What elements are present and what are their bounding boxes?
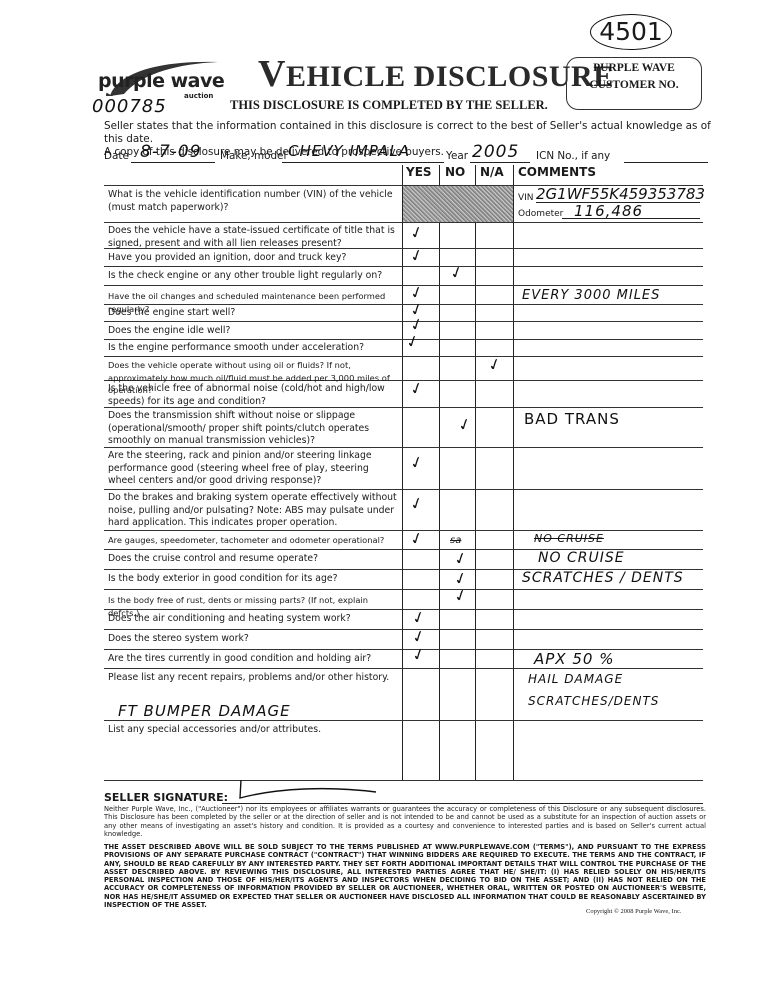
row-divider bbox=[104, 589, 703, 590]
col-yes: YES bbox=[406, 165, 432, 185]
row-divider bbox=[104, 629, 703, 630]
checkmark-title-yes[interactable]: ✓ bbox=[407, 221, 426, 243]
year-value: 2005 bbox=[472, 142, 519, 162]
vehicle-info-fields: Date 8-7-09 Make, model CHEVY IMPALA Yea… bbox=[104, 146, 708, 166]
odometer-value: 116,486 bbox=[574, 202, 643, 220]
col-no: NO bbox=[445, 165, 465, 185]
odometer-label: Odometer bbox=[518, 209, 563, 219]
icn-label: ICN No., if any bbox=[536, 150, 610, 162]
date-field[interactable] bbox=[131, 162, 215, 163]
copyright: Copyright © 2008 Purple Wave, Inc. bbox=[586, 908, 681, 915]
col-divider bbox=[439, 165, 440, 780]
row-divider bbox=[104, 266, 703, 267]
question-noise: Is the vehicle free of abnormal noise (c… bbox=[108, 383, 398, 408]
question-steering: Are the steering, rack and pinion and/or… bbox=[108, 450, 398, 488]
seller-signature-label: SELLER SIGNATURE: bbox=[104, 791, 228, 804]
question-brakes: Do the brakes and braking system operate… bbox=[108, 492, 398, 530]
comment-tires: APX 50 % bbox=[534, 650, 614, 668]
comment-cruise: NO CRUISE bbox=[538, 550, 625, 566]
make-model-label: Make, model bbox=[220, 150, 286, 162]
checkmark-tires-yes[interactable]: ✓ bbox=[409, 643, 428, 665]
checkmark-steering-yes[interactable]: ✓ bbox=[407, 451, 426, 473]
question-repairs: Please list any recent repairs, problems… bbox=[108, 672, 398, 685]
checkmark-accel-yes[interactable]: ✓ bbox=[403, 330, 422, 352]
question-body-exterior: Is the body exterior in good condition f… bbox=[108, 573, 398, 586]
checkmark-rust-no[interactable]: ✓ bbox=[451, 584, 470, 606]
seller-signature-field[interactable] bbox=[222, 803, 703, 804]
row-divider bbox=[104, 321, 703, 322]
disclaimer-paragraph: Neither Purple Wave, Inc., ("Auctioneer"… bbox=[104, 805, 706, 838]
page-title: VEHICLE DISCLOSURE bbox=[258, 52, 614, 96]
question-engine-idle: Does the engine idle well? bbox=[108, 325, 398, 338]
comment-body: SCRATCHES / DENTS bbox=[522, 570, 684, 586]
icn-field[interactable] bbox=[624, 162, 708, 163]
row-divider bbox=[104, 285, 703, 286]
col-comments: COMMENTS bbox=[518, 165, 596, 185]
question-vin: What is the vehicle identification numbe… bbox=[108, 189, 398, 214]
question-keys: Have you provided an ignition, door and … bbox=[108, 252, 398, 265]
col-na: N/A bbox=[480, 165, 504, 185]
col-divider bbox=[402, 165, 403, 780]
row-divider bbox=[104, 489, 703, 490]
make-model-field[interactable] bbox=[282, 162, 444, 163]
question-tires: Are the tires currently in good conditio… bbox=[108, 653, 398, 666]
question-engine-start: Does the engine start well? bbox=[108, 307, 398, 320]
question-acceleration: Is the engine performance smooth under a… bbox=[108, 342, 398, 355]
comment-gauges-crossed: NO CRUISE bbox=[534, 532, 604, 545]
customer-number-value: 4501 bbox=[590, 14, 672, 50]
year-label: Year bbox=[446, 150, 468, 162]
comment-transmission: BAD TRANS bbox=[524, 410, 620, 428]
checkmark-transmission-no[interactable]: ✓ bbox=[455, 413, 474, 435]
checkmark-cruise-no[interactable]: ✓ bbox=[451, 547, 470, 569]
question-check-engine: Is the check engine or any other trouble… bbox=[108, 270, 398, 283]
question-stereo: Does the stereo system work? bbox=[108, 633, 398, 646]
repairs-handwritten: FT BUMPER DAMAGE bbox=[118, 702, 291, 720]
terms-paragraph: THE ASSET DESCRIBED ABOVE WILL BE SOLD S… bbox=[104, 843, 706, 909]
row-divider bbox=[104, 339, 703, 340]
row-divider bbox=[104, 720, 703, 721]
checkmark-brakes-yes[interactable]: ✓ bbox=[407, 492, 426, 514]
col-divider bbox=[513, 165, 514, 780]
vin-label: VIN bbox=[518, 193, 534, 203]
comment-oil: EVERY 3000 MILES bbox=[522, 288, 660, 303]
make-model-value: CHEVY IMPALA bbox=[288, 142, 410, 160]
crossed-out-mark: sa bbox=[450, 535, 461, 546]
row-divider bbox=[104, 222, 703, 223]
question-ac: Does the air conditioning and heating sy… bbox=[108, 613, 398, 626]
checkmark-check-engine-no[interactable]: ✓ bbox=[447, 261, 466, 283]
question-transmission: Does the transmission shift without nois… bbox=[108, 410, 398, 448]
row-divider bbox=[104, 356, 703, 357]
vin-shaded-cells bbox=[403, 185, 513, 222]
stamp-number: 000785 bbox=[92, 96, 167, 117]
question-cruise: Does the cruise control and resume opera… bbox=[108, 553, 398, 566]
vin-value: 2G1WF55K459353783 bbox=[536, 185, 705, 203]
logo-wordmark: purple wave bbox=[98, 70, 224, 92]
row-divider bbox=[104, 780, 703, 781]
signature-scrawl bbox=[238, 780, 378, 802]
date-label: Date bbox=[104, 150, 129, 162]
question-title: Does the vehicle have a state-issued cer… bbox=[108, 225, 398, 250]
date-value: 8-7-09 bbox=[140, 142, 202, 162]
row-divider bbox=[104, 530, 703, 531]
disclosure-table: YES NO N/A COMMENTS What is the vehicle … bbox=[104, 165, 703, 780]
logo-subtext: auction bbox=[184, 92, 213, 100]
question-accessories: List any special accessories and/or attr… bbox=[108, 724, 398, 737]
comment-repairs: HAIL DAMAGE SCRATCHES/DENTS bbox=[528, 668, 678, 712]
page-subtitle: THIS DISCLOSURE IS COMPLETED BY THE SELL… bbox=[230, 98, 548, 113]
customer-number-box[interactable]: PURPLE WAVE CUSTOMER NO. bbox=[566, 57, 702, 110]
question-gauges: Are gauges, speedometer, tachometer and … bbox=[108, 534, 398, 547]
col-divider bbox=[475, 165, 476, 780]
year-field[interactable] bbox=[470, 162, 530, 163]
